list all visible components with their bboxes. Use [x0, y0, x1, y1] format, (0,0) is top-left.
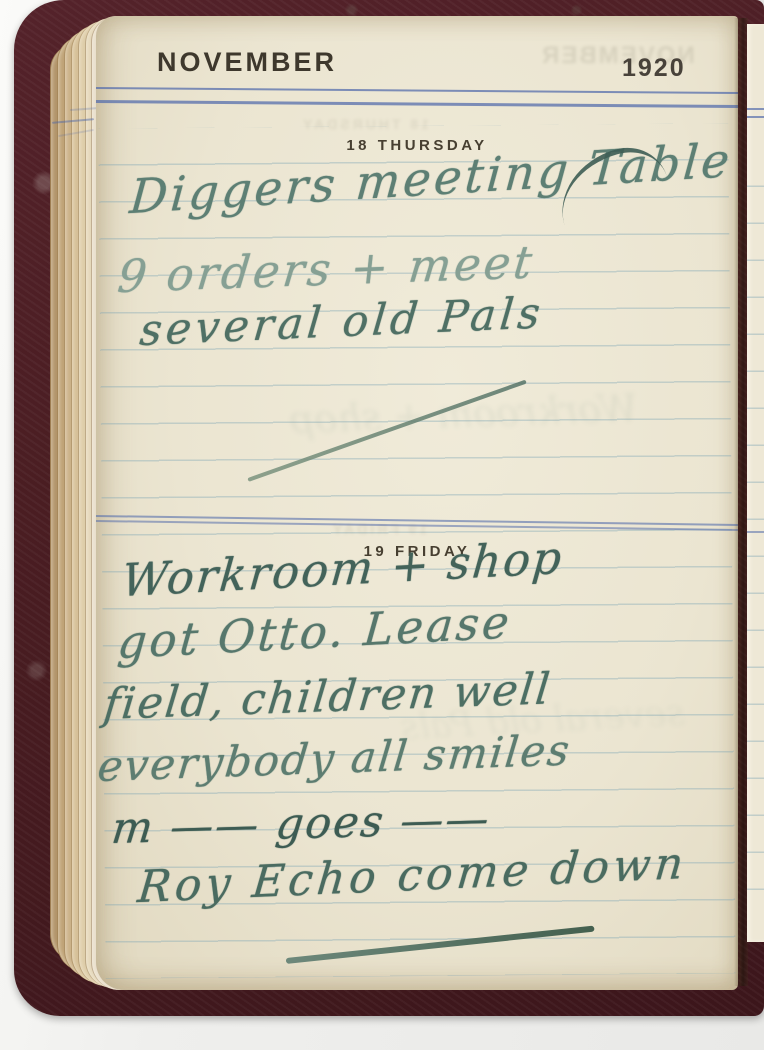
facing-page-margin-rule	[747, 108, 764, 110]
diary-photo: NOVEMBER 18 THURSDAY 19 FRIDAY Workroom …	[0, 0, 764, 1050]
facing-page-margin-rule	[747, 116, 764, 118]
year-label: 1920	[622, 54, 686, 83]
facing-page-ruled-lines	[747, 150, 764, 920]
month-label: NOVEMBER	[157, 47, 337, 78]
ghost-heading-show-through: 18 THURSDAY	[300, 116, 429, 132]
ghost-heading-show-through: 19 FRIDAY	[330, 521, 427, 537]
handwriting-friday-line-5: m —— goes ——	[109, 794, 493, 854]
page-gutter	[734, 18, 748, 986]
facing-page-section-rule	[747, 531, 764, 533]
